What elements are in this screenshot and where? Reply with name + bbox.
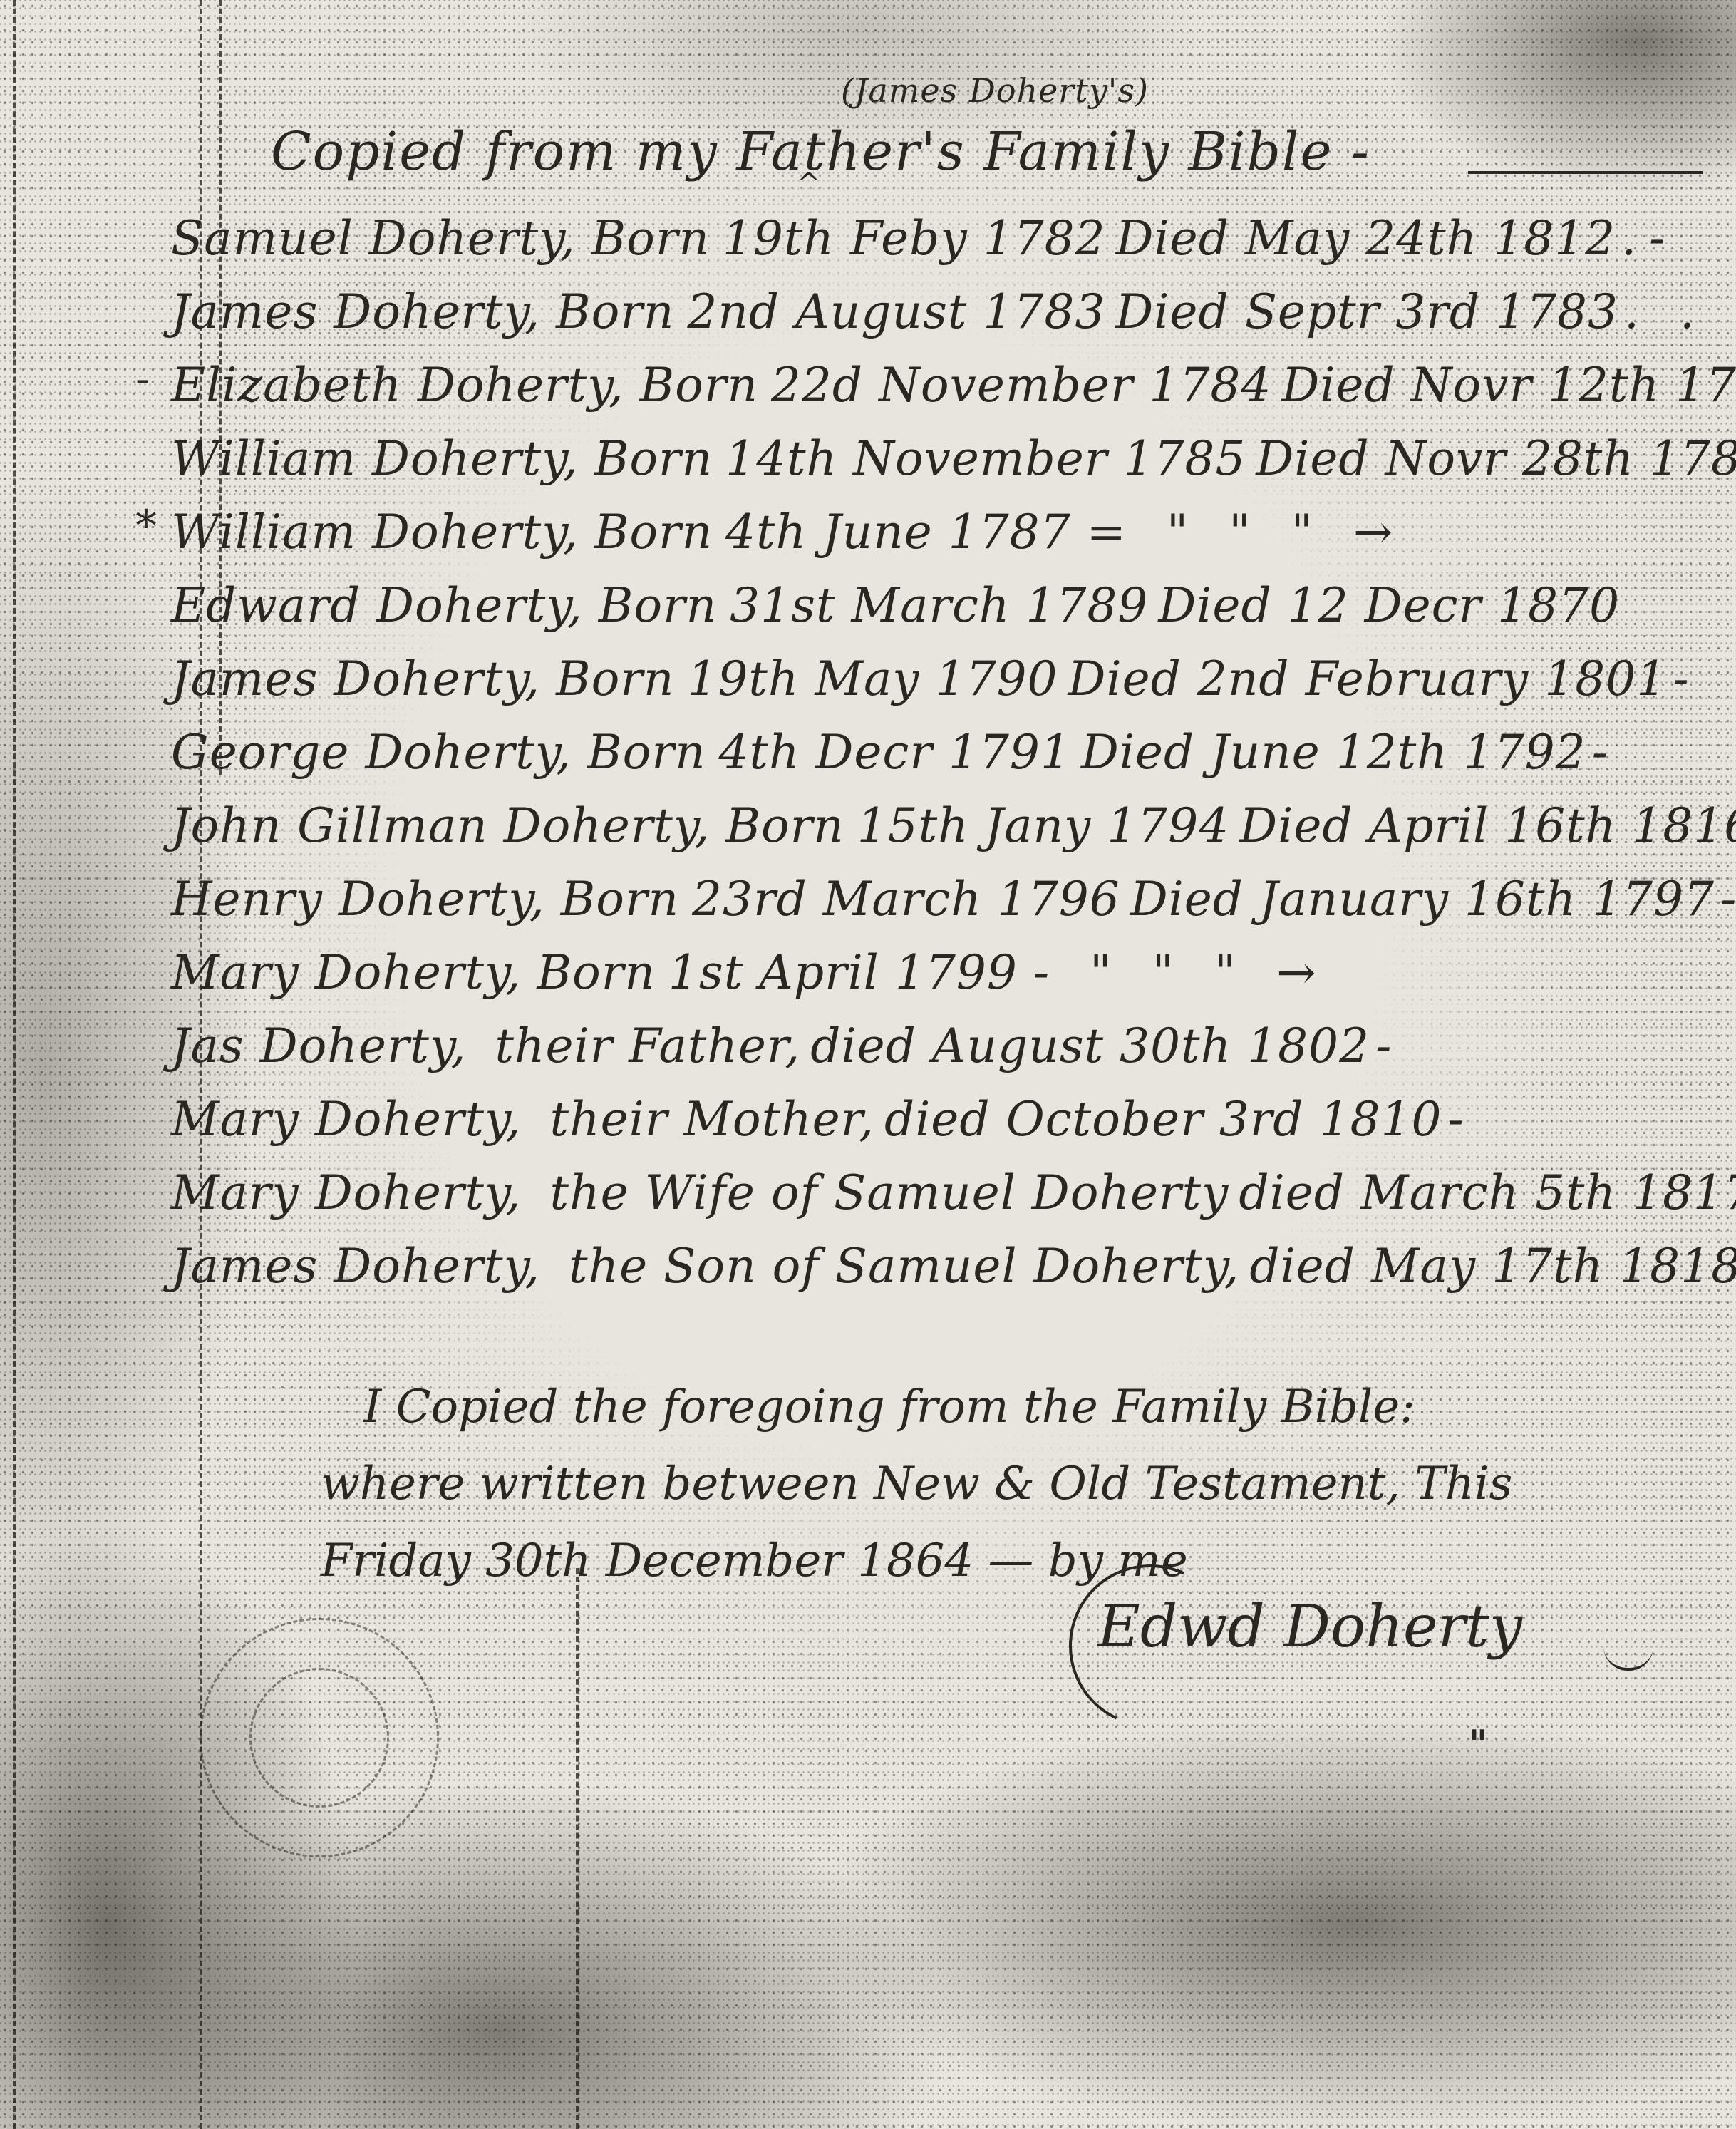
entry-trail: - bbox=[1592, 725, 1621, 780]
record-entry: * William Doherty, Born 4th June 1787 = … bbox=[171, 486, 1732, 560]
entry-death: Died 2nd February 1801 bbox=[1068, 651, 1668, 706]
entry-born-label: Born bbox=[561, 872, 679, 927]
entry-born-date: 14th November 1785 bbox=[725, 431, 1246, 486]
entry-trail: - bbox=[1375, 1019, 1404, 1073]
record-entry: Samuel Doherty, Born 19th Feby 1782 Died… bbox=[171, 192, 1732, 266]
circular-stamp-inner bbox=[249, 1668, 389, 1808]
entry-death: Died May 24th 1812 bbox=[1116, 211, 1616, 266]
entry-relation: the Son of Samuel Doherty, bbox=[569, 1239, 1239, 1294]
entry-trail: - bbox=[1448, 1092, 1477, 1147]
record-entry: - Elizabeth Doherty, Born 22d November 1… bbox=[171, 339, 1732, 413]
entry-death: died October 3rd 1810 bbox=[884, 1092, 1442, 1147]
record-entry: James Doherty, Born 19th May 1790 Died 2… bbox=[171, 633, 1732, 706]
entry-born-label: Born bbox=[599, 578, 717, 633]
entry-death: Died Novr 12th 1785 bbox=[1281, 358, 1736, 413]
page-heading: Copied from my Father's Family Bible - bbox=[271, 121, 1370, 182]
entry-death: Died Septr 3rd 1783 bbox=[1115, 284, 1618, 339]
entry-relation: the Wife of Samuel Doherty bbox=[550, 1165, 1229, 1220]
entry-born-label: Born bbox=[587, 725, 706, 780]
entry-relation: their Mother, bbox=[550, 1092, 874, 1147]
entry-death: Died April 16th 1816 bbox=[1239, 798, 1736, 853]
entry-born-date: 31st March 1789 bbox=[730, 578, 1148, 633]
entry-death: died March 5th 1817 bbox=[1239, 1165, 1736, 1220]
heading-note: (James Doherty's) bbox=[841, 71, 1149, 110]
record-entry: Mary Doherty, their Mother, died October… bbox=[171, 1073, 1732, 1147]
record-entry: George Doherty, Born 4th Decr 1791 Died … bbox=[171, 706, 1732, 780]
record-entry: Mary Doherty, the Wife of Samuel Doherty… bbox=[171, 1147, 1732, 1220]
record-entry: Henry Doherty, Born 23rd March 1796 Died… bbox=[171, 853, 1732, 927]
entry-trail: .- bbox=[1621, 211, 1678, 266]
entry-name: James Doherty, bbox=[171, 1239, 540, 1294]
heading-underline bbox=[1468, 171, 1703, 174]
entry-trail: . . bbox=[1624, 284, 1707, 339]
entry-name: George Doherty, bbox=[171, 725, 572, 780]
entry-trail: - bbox=[1673, 651, 1701, 706]
entry-born-date: 19th Feby 1782 bbox=[723, 211, 1106, 266]
asterisk-mark: * bbox=[135, 501, 157, 551]
entry-trail: = " " " → bbox=[1087, 505, 1406, 560]
entry-trail: - bbox=[1720, 872, 1736, 927]
family-record-list: Samuel Doherty, Born 19th Feby 1782 Died… bbox=[171, 192, 1732, 1294]
entry-born-date: 23rd March 1796 bbox=[692, 872, 1120, 927]
entry-born-label: Born bbox=[537, 945, 656, 1000]
entry-name: James Doherty, bbox=[171, 651, 540, 706]
entry-trail: - " " " → bbox=[1033, 945, 1329, 1000]
entry-born-date: 19th May 1790 bbox=[687, 651, 1058, 706]
entry-born-label: Born bbox=[640, 358, 758, 413]
entry-death: died August 30th 1802 bbox=[810, 1019, 1370, 1073]
record-entry: William Doherty, Born 14th November 1785… bbox=[171, 413, 1732, 486]
closing-attestation: I Copied the foregoing from the Family B… bbox=[321, 1368, 1512, 1599]
entry-born-date: 1st April 1799 bbox=[668, 945, 1018, 1000]
margin-line-outer bbox=[13, 0, 16, 2129]
entry-death: Died January 16th 1797 bbox=[1130, 872, 1715, 927]
closing-line-1: I Copied the foregoing from the Family B… bbox=[321, 1368, 1512, 1445]
entry-name: John Gillman Doherty, bbox=[171, 798, 710, 853]
entry-name: William Doherty, bbox=[171, 431, 579, 486]
closing-line-3: Friday 30th December 1864 — by me bbox=[321, 1522, 1512, 1599]
entry-born-date: 22d November 1784 bbox=[771, 358, 1271, 413]
entry-born-label: Born bbox=[556, 284, 674, 339]
record-entry: James Doherty, the Son of Samuel Doherty… bbox=[171, 1220, 1732, 1294]
entry-name: Edward Doherty, bbox=[171, 578, 583, 633]
entry-name: Mary Doherty, bbox=[171, 1092, 522, 1147]
entry-born-label: Born bbox=[591, 211, 710, 266]
signature: Edwd Doherty bbox=[1097, 1593, 1522, 1661]
entry-name: James Doherty, bbox=[171, 284, 540, 339]
entry-born-date: 15th Jany 1794 bbox=[857, 798, 1230, 853]
entry-death: died May 17th 1818 bbox=[1249, 1239, 1736, 1294]
entry-born-date: 4th June 1787 bbox=[725, 505, 1070, 560]
entry-death: Died Novr 28th 1785 bbox=[1256, 431, 1736, 486]
stray-mark: " bbox=[1468, 1721, 1488, 1767]
entry-death: Died June 12th 1792 bbox=[1081, 725, 1586, 780]
record-entry: James Doherty, Born 2nd August 1783 Died… bbox=[171, 266, 1732, 339]
entry-name: Mary Doherty, bbox=[171, 1165, 522, 1220]
entry-name: Jas Doherty, bbox=[171, 1019, 466, 1073]
margin-mark: - bbox=[135, 354, 150, 404]
entry-name: Elizabeth Doherty, bbox=[171, 358, 624, 413]
entry-born-label: Born bbox=[594, 505, 713, 560]
entry-name: Henry Doherty, bbox=[171, 872, 545, 927]
record-entry: John Gillman Doherty, Born 15th Jany 179… bbox=[171, 780, 1732, 853]
entry-born-label: Born bbox=[594, 431, 713, 486]
entry-relation: their Father, bbox=[495, 1019, 800, 1073]
entry-name: Mary Doherty, bbox=[171, 945, 522, 1000]
record-entry: Jas Doherty, their Father, died August 3… bbox=[171, 1000, 1732, 1073]
record-entry: Mary Doherty, Born 1st April 1799 - " " … bbox=[171, 927, 1732, 1000]
entry-born-date: 4th Decr 1791 bbox=[718, 725, 1070, 780]
entry-death: Died 12 Decr 1870 bbox=[1158, 578, 1620, 633]
entry-born-label: Born bbox=[556, 651, 674, 706]
record-entry: Edward Doherty, Born 31st March 1789 Die… bbox=[171, 560, 1732, 633]
entry-name: Samuel Doherty, bbox=[171, 211, 576, 266]
closing-line-2: where written between New & Old Testamen… bbox=[321, 1445, 1512, 1522]
entry-born-date: 2nd August 1783 bbox=[687, 284, 1105, 339]
entry-name: William Doherty, bbox=[171, 505, 579, 560]
entry-born-label: Born bbox=[725, 798, 844, 853]
margin-line-lower bbox=[576, 1568, 579, 2129]
